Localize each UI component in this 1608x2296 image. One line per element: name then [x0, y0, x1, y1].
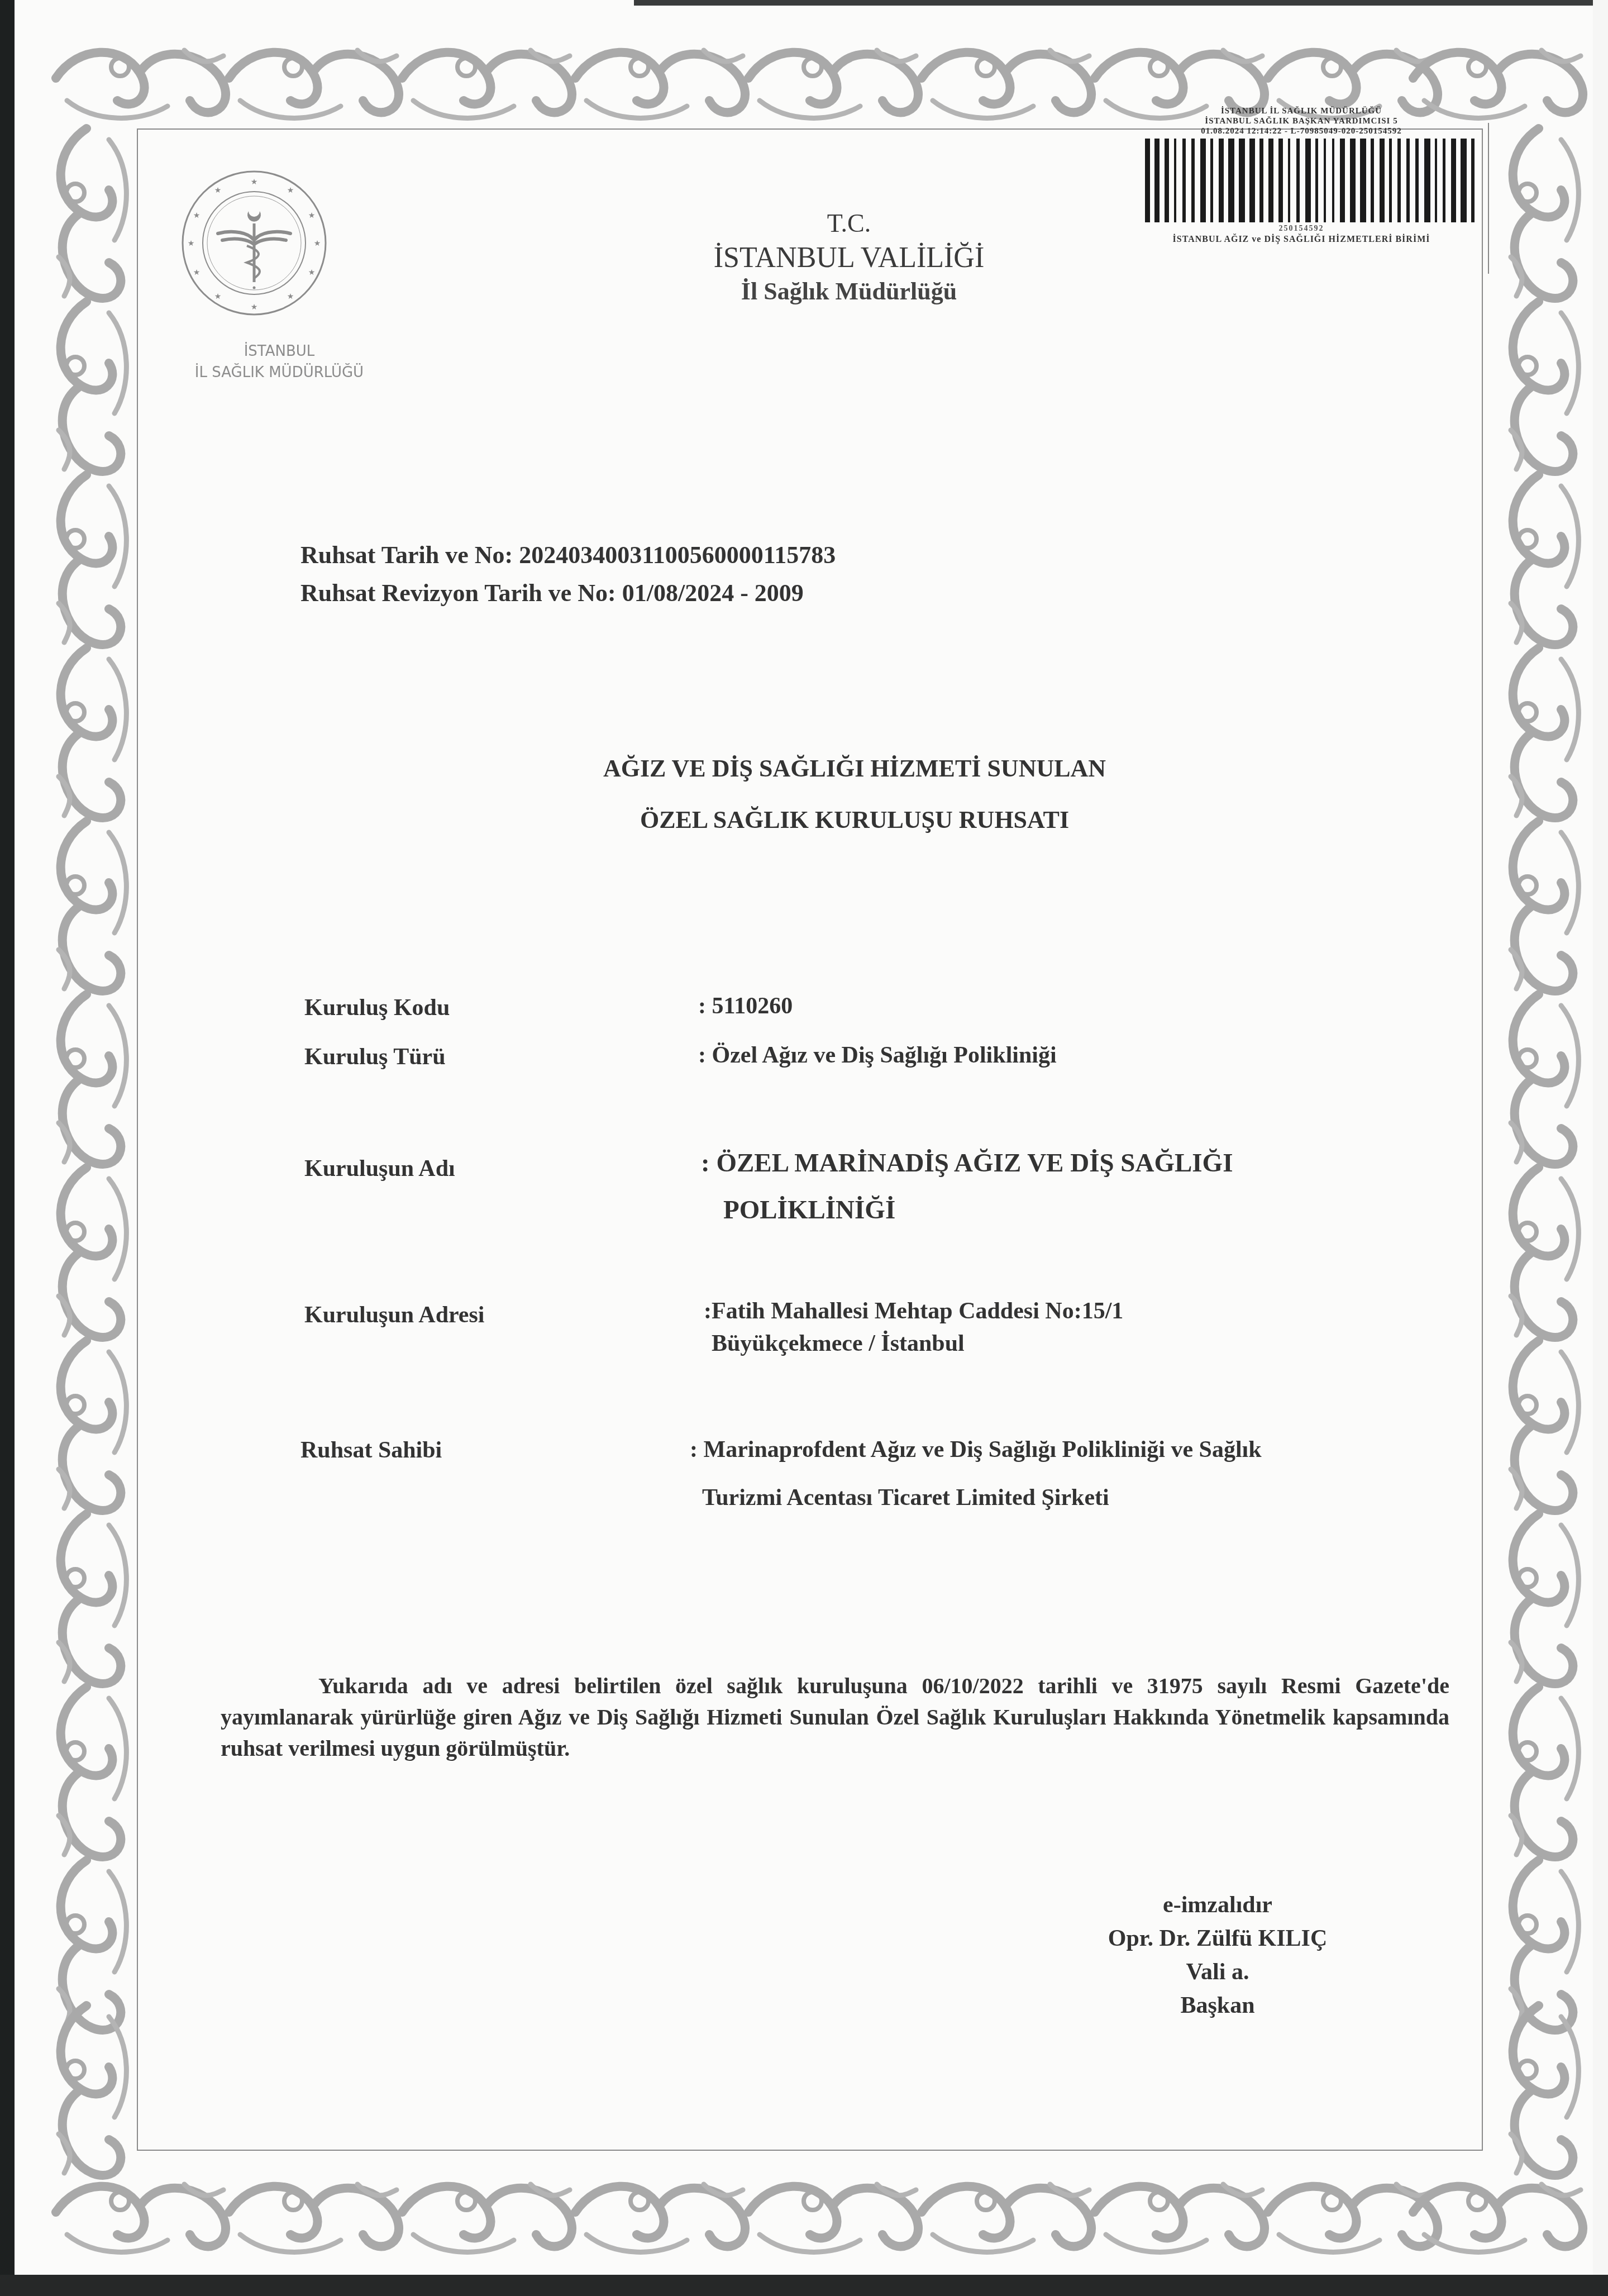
stamp-line-2: İSTANBUL SAĞLIK BAŞKAN YARDIMCISI 5: [1111, 116, 1491, 126]
field-value-line: : 5110260: [698, 988, 793, 1025]
scan-background-top: [634, 0, 1608, 6]
governorship-label: İSTANBUL VALİLİĞİ: [642, 240, 1056, 276]
field-value-line: Büyükçekmece / İstanbul: [704, 1327, 1123, 1360]
field-value-license-holder: : Marinaprofdent Ağız ve Diş Sağlığı Pol…: [690, 1426, 1262, 1522]
svg-text:★: ★: [314, 239, 321, 248]
signer-name: Opr. Dr. Zülfü KILIÇ: [1050, 1922, 1385, 1955]
svg-text:★: ★: [287, 292, 294, 301]
document-title: AĞIZ VE DİŞ SAĞLIĞI HİZMETİ SUNULAN ÖZEL…: [503, 743, 1206, 846]
svg-text:★: ★: [287, 186, 294, 195]
svg-text:★: ★: [193, 211, 201, 220]
field-value-line: :Fatih Mahallesi Mehtap Caddesi No:15/1: [704, 1295, 1123, 1327]
svg-text:★: ★: [308, 211, 316, 220]
field-value-line: : Marinaprofdent Ağız ve Diş Sağlığı Pol…: [690, 1426, 1262, 1474]
e-signed-label: e-imzalıdır: [1050, 1888, 1385, 1922]
barcode-icon: [1145, 139, 1480, 222]
logo-caption-city: İSTANBUL: [162, 341, 397, 362]
license-revision: Ruhsat Revizyon Tarih ve No: 01/08/2024 …: [300, 574, 836, 612]
tc-label: T.C.: [642, 207, 1056, 240]
svg-text:★: ★: [308, 268, 316, 277]
signer-on-behalf: Vali a.: [1050, 1955, 1385, 1989]
field-value-line: POLİKLİNİĞİ: [701, 1187, 1233, 1233]
license-date-number: Ruhsat Tarih ve No: 20240340031100560000…: [300, 536, 836, 574]
government-heading: T.C. İSTANBUL VALİLİĞİ İl Sağlık Müdürlü…: [642, 207, 1056, 307]
field-label-institution-address: Kuruluşun Adresi: [304, 1302, 485, 1328]
e-signature-barcode-stamp: İSTANBUL İL SAĞLIK MÜDÜRLÜĞÜ İSTANBUL SA…: [1111, 106, 1491, 274]
svg-text:★: ★: [193, 268, 201, 277]
logo-caption: İSTANBUL İL SAĞLIK MÜDÜRLÜĞÜ: [162, 341, 397, 383]
field-label-license-holder: Ruhsat Sahibi: [300, 1437, 442, 1464]
svg-text:★: ★: [251, 178, 258, 187]
field-label-institution-code: Kuruluş Kodu: [304, 994, 450, 1021]
field-value-institution-type: : Özel Ağız ve Diş Sağlığı Polikliniği: [698, 1037, 1057, 1074]
scan-background-left: [0, 0, 15, 2296]
svg-text:★: ★: [188, 239, 195, 248]
signature-block: e-imzalıdır Opr. Dr. Zülfü KILIÇ Vali a.…: [1050, 1888, 1385, 2022]
svg-text:★: ★: [214, 186, 222, 195]
field-value-institution-code: : 5110260: [698, 988, 793, 1025]
field-value-institution-name: : ÖZEL MARİNADİŞ AĞIZ VE DİŞ SAĞLIĞI POL…: [701, 1140, 1233, 1233]
field-label-institution-type: Kuruluş Türü: [304, 1044, 446, 1070]
title-line-2: ÖZEL SAĞLIK KURULUŞU RUHSATI: [503, 794, 1206, 846]
svg-text:★: ★: [214, 292, 222, 301]
stamp-line-3: 01.08.2024 12:14:22 - L-70985049-020-250…: [1111, 126, 1491, 136]
scan-background-bottom: [0, 2275, 1608, 2296]
barcode-number: 250154592: [1111, 225, 1491, 234]
stamp-box-edge: [1488, 123, 1489, 274]
field-value-line: : ÖZEL MARİNADİŞ AĞIZ VE DİŞ SAĞLIĞI: [701, 1140, 1233, 1187]
approval-paragraph: Yukarıda adı ve adresi belirtilen özel s…: [221, 1670, 1449, 1764]
stamp-unit: İSTANBUL AĞIZ ve DİŞ SAĞLIĞI HİZMETLERİ …: [1111, 235, 1491, 245]
title-line-1: AĞIZ VE DİŞ SAĞLIĞI HİZMETİ SUNULAN: [503, 743, 1206, 794]
field-label-institution-name: Kuruluşun Adı: [304, 1155, 455, 1182]
logo-caption-directorate: İL SAĞLIK MÜDÜRLÜĞÜ: [162, 362, 397, 383]
ministry-of-health-seal-icon: ★ ★★ ★★ ★★ ★★ ★★ ★: [179, 168, 330, 318]
field-value-line: Turizmi Acentası Ticaret Limited Şirketi: [690, 1474, 1262, 1522]
svg-text:★: ★: [251, 303, 258, 312]
license-numbers: Ruhsat Tarih ve No: 20240340031100560000…: [300, 536, 836, 612]
field-value-line: : Özel Ağız ve Diş Sağlığı Polikliniği: [698, 1037, 1057, 1074]
signer-title: Başkan: [1050, 1989, 1385, 2022]
directorate-label: İl Sağlık Müdürlüğü: [642, 276, 1056, 307]
stamp-line-1: İSTANBUL İL SAĞLIK MÜDÜRLÜĞÜ: [1111, 106, 1491, 116]
field-value-institution-address: :Fatih Mahallesi Mehtap Caddesi No:15/1 …: [704, 1295, 1123, 1360]
